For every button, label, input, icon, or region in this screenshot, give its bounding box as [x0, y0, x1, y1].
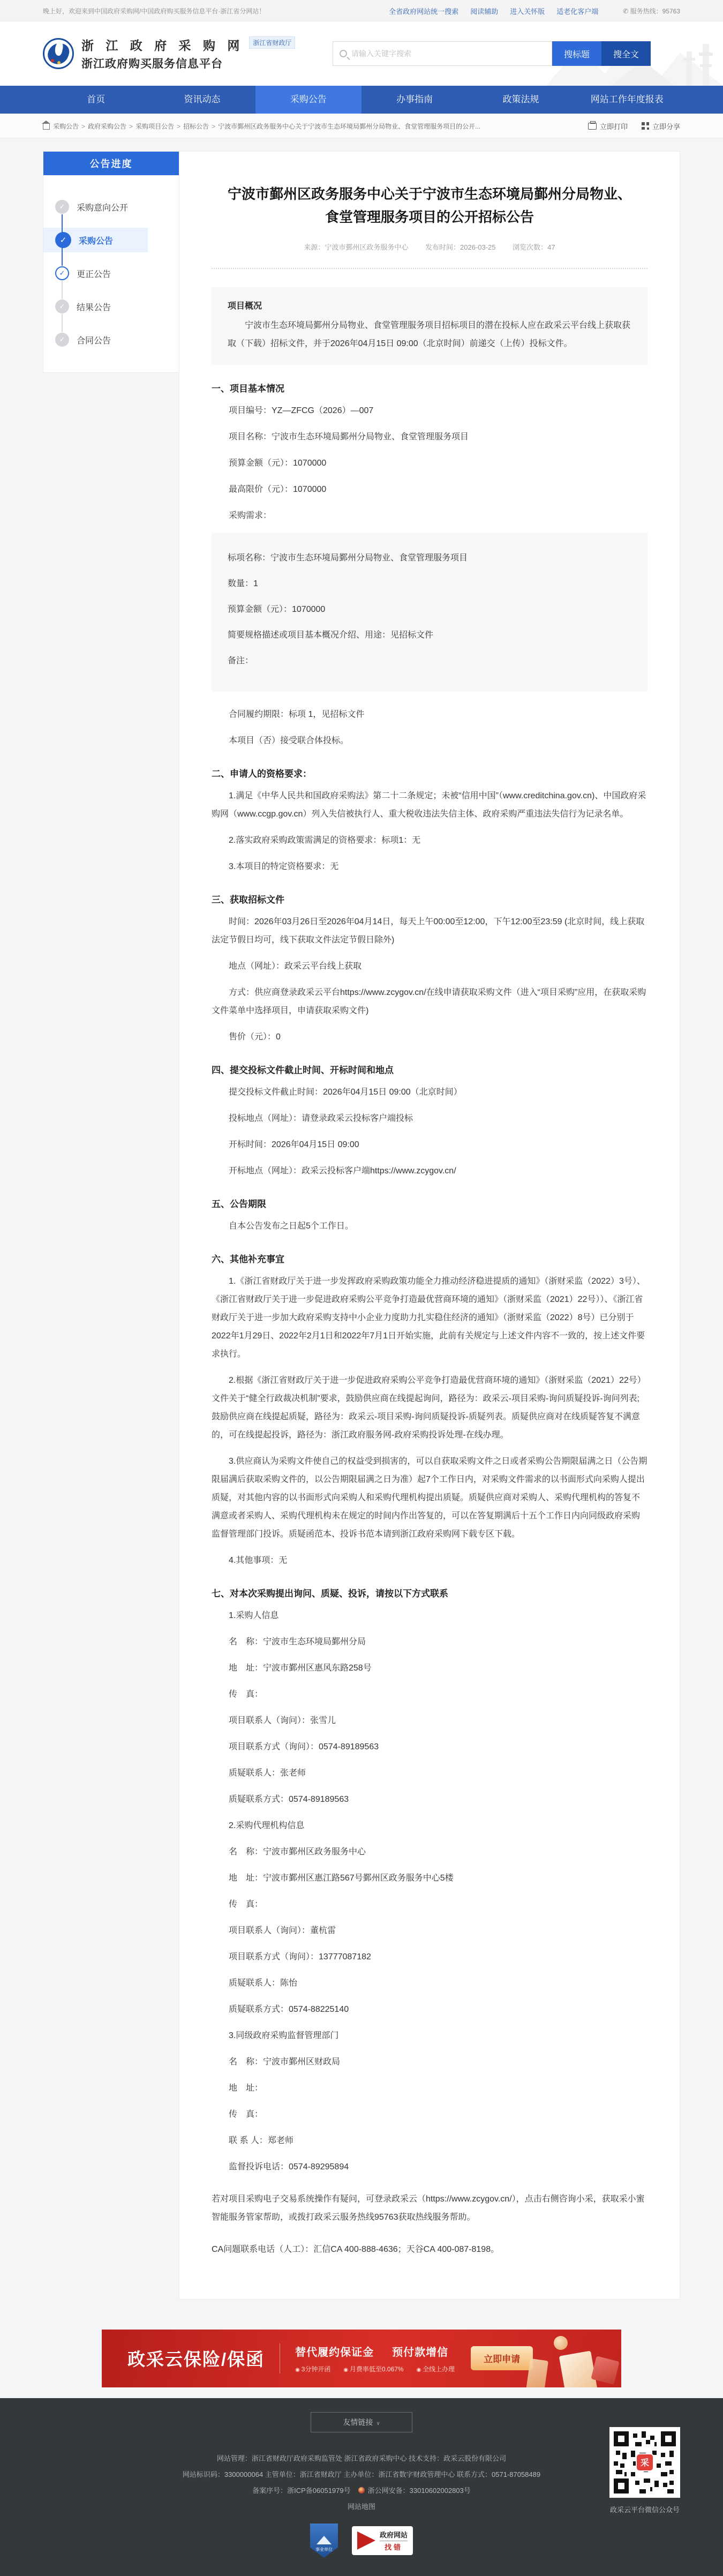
project-overview-box: 项目概况 宁波市生态环境局鄞州分局物业、食堂管理服务项目招标项目的潜在投标人应在…: [212, 287, 647, 365]
section-heading: 三、获取招标文件: [212, 892, 647, 905]
topbar-link-2[interactable]: 进入关怀版: [510, 6, 545, 16]
article-paragraph: 地 址：: [212, 2079, 647, 2098]
site-header: 浙 江 政 府 采 购 网 浙江政府购买服务信息平台 浙江省财政厅 搜标题 搜全…: [0, 21, 723, 86]
breadcrumb-link[interactable]: 采购项目公告: [135, 123, 174, 130]
meta-publish-time: 发布时间：2026-03-25: [425, 243, 496, 251]
step-connector: [62, 214, 63, 233]
step-label: 合同公告: [77, 334, 111, 346]
progress-panel-title: 公告进度: [43, 152, 179, 175]
breadcrumb-link[interactable]: 政府采购公告: [88, 123, 126, 130]
article-paragraph: 1.采购人信息: [212, 1607, 647, 1625]
section-heading: 五、公告期限: [212, 1196, 647, 1210]
sidebar-step-3[interactable]: ✓结果公告: [43, 290, 179, 323]
breadcrumb-current: 宁波市鄞州区政务服务中心关于宁波市生态环境局鄞州分局物业、食堂管理服务项目的公开…: [218, 122, 480, 131]
sidebar-step-1[interactable]: ✓采购公告: [43, 223, 179, 257]
step-connector: [62, 248, 63, 266]
lot-detail-line: 备注：: [228, 652, 631, 670]
qr-caption: 政采云平台微信公众号: [609, 2504, 680, 2514]
article-paragraph: 3.供应商认为采购文件使自己的权益受到损害的，可以自获取采购文件之日或者采购公告…: [212, 1452, 647, 1544]
share-button[interactable]: 立即分享: [642, 121, 680, 131]
article-paragraph: 地 址：宁波市鄞州区惠江路567号鄞州区政务服务中心5楼: [212, 1869, 647, 1888]
search-box[interactable]: [333, 41, 552, 66]
search-title-button[interactable]: 搜标题: [552, 41, 601, 66]
police-badge-icon: [358, 2487, 365, 2493]
breadcrumb-separator: >: [129, 123, 133, 130]
ad-subtitle-1: 替代履约保证金: [295, 2347, 374, 2358]
breadcrumb-link[interactable]: 招标公告: [183, 123, 209, 130]
breadcrumb-separator: >: [212, 123, 215, 130]
check-circle-icon: ✓: [55, 299, 69, 313]
article-paragraph: 自本公告发布之日起5个工作日。: [212, 1217, 647, 1235]
insurance-ad-banner[interactable]: 政采云保险/保函 替代履约保证金预付款增信 3分钟开函月费率低至0.067%全线…: [102, 2330, 621, 2387]
finance-dept-badge: 浙江省财政厅: [249, 36, 295, 49]
sitemap-link[interactable]: 网站地图: [348, 2503, 375, 2511]
phone-icon: ✆: [623, 8, 630, 15]
article-paragraph: 质疑联系人：张老师: [212, 1764, 647, 1783]
site-footer: 友情链接∨ 网站管理：浙江省财政厅政府采购监管处 浙江省政府采购中心 技术支持：…: [0, 2398, 723, 2576]
article-paragraph: 3.本项目的特定资格要求：无: [212, 858, 647, 876]
section-heading: 四、提交投标文件截止时间、开标时间和地点: [212, 1062, 647, 1076]
article-paragraph: 质疑联系方式：0574-88225140: [212, 2001, 647, 2019]
step-label: 采购公告: [79, 234, 113, 246]
sidebar-step-2[interactable]: ✓更正公告: [43, 257, 179, 290]
step-connector: [62, 281, 63, 299]
article-paragraph: 传 真：: [212, 2106, 647, 2124]
site-title: 浙 江 政 府 采 购 网: [81, 36, 244, 54]
ad-decoration: [498, 2330, 621, 2387]
article-paragraph: 监督投诉电话：0574-89295894: [212, 2158, 647, 2176]
ad-feature-0: 3分钟开函: [295, 2364, 330, 2373]
qr-share-icon: [642, 122, 649, 130]
top-utility-bar: 晚上好，欢迎来到中国政府采购网/中国政府购买服务信息平台·浙江省分网站！ 全省政…: [0, 0, 723, 21]
article-paragraph: 开标地点（网址）：政采云投标客户端https://www.zcygov.cn/: [212, 1162, 647, 1180]
article-paragraph: 最高限价（元）：1070000: [212, 481, 647, 499]
breadcrumb-link[interactable]: 采购公告: [53, 123, 79, 130]
greeting-text: 晚上好，欢迎来到中国政府采购网/中国政府购买服务信息平台·浙江省分网站！: [43, 6, 265, 16]
overview-text: 宁波市生态环境局鄞州分局物业、食堂管理服务项目招标项目的潜在投标人应在政采云平台…: [228, 317, 631, 353]
ad-title: 政采云保险/保函: [127, 2346, 265, 2371]
home-icon[interactable]: [43, 124, 50, 130]
friendly-links-dropdown[interactable]: 友情链接∨: [311, 2412, 412, 2432]
article-paragraph: 1.《浙江省财政厅关于进一步发挥政府采购政策功能全力推动经济稳进提质的通知》（浙…: [212, 1272, 647, 1364]
lot-detail-line: 简要规格描述或项目基本概况介绍、用途：见招标文件: [228, 626, 631, 645]
section-heading: 六、其他补充事宜: [212, 1252, 647, 1265]
ad-feature-2: 全线上办理: [417, 2364, 455, 2373]
section-heading: 七、对本次采购提出询问、质疑、投诉，请按以下方式联系: [212, 1586, 647, 1599]
lot-detail-box: 标项名称：宁波市生态环境局鄞州分局物业、食堂管理服务项目数量：1预算金额（元）：…: [212, 533, 647, 692]
nav-item-3[interactable]: 办事指南: [361, 86, 468, 114]
meta-view-count: 浏览次数：47: [513, 243, 555, 251]
article-paragraph: 质疑联系人：陈怡: [212, 1974, 647, 1993]
article-paragraph: 预算金额（元）：1070000: [212, 454, 647, 473]
article-paragraph: 合同履约期限：标项 1，见招标文件: [212, 706, 647, 724]
divider: [280, 2343, 280, 2373]
article-paragraph: 项目联系人（询问）：张雪儿: [212, 1712, 647, 1730]
police-number: 浙公网安备：33010602002803号: [368, 2487, 471, 2495]
main-nav: 首页资讯动态采购公告办事指南政策法规网站工作年度报表: [0, 86, 723, 114]
article-paragraph: 质疑联系方式：0574-89189563: [212, 1791, 647, 1809]
nav-item-0[interactable]: 首页: [43, 86, 149, 114]
announcement-article: 宁波市鄞州区政务服务中心关于宁波市生态环境局鄞州分局物业、食堂管理服务项目的公开…: [179, 151, 680, 2300]
print-button[interactable]: 立即打印: [588, 121, 628, 131]
article-paragraph: 传 真：: [212, 1686, 647, 1704]
article-paragraph: 地点（网址）：政采云平台线上获取: [212, 957, 647, 976]
topbar-link-0[interactable]: 全省政府网站统一搜索: [389, 6, 458, 16]
announcement-progress-panel: 公告进度 ✓采购意向公开✓采购公告✓更正公告✓结果公告✓合同公告: [43, 151, 179, 373]
article-paragraph: 1.满足《中华人民共和国政府采购法》第二十二条规定；未被“信用中国”（www.c…: [212, 787, 647, 823]
article-paragraph: 若对项目采购电子交易系统操作有疑问，可登录政采云（https://www.zcy…: [212, 2190, 647, 2227]
article-paragraph: 开标时间：2026年04月15日 09:00: [212, 1136, 647, 1154]
lot-detail-line: 数量：1: [228, 575, 631, 593]
article-paragraph: 项目名称：宁波市生态环境局鄞州分局物业、食堂管理服务项目: [212, 428, 647, 446]
article-paragraph: 时间：2026年03月26日至2026年04月14日，每天上午00:00至12:…: [212, 913, 647, 949]
article-paragraph: 项目联系方式（询问）：0574-89189563: [212, 1738, 647, 1756]
step-label: 更正公告: [77, 267, 111, 280]
article-paragraph: 4.其他事项：无: [212, 1552, 647, 1570]
check-circle-icon: ✓: [55, 232, 71, 248]
article-paragraph: 采购需求：: [212, 507, 647, 525]
search-icon: [340, 50, 347, 57]
sidebar-step-0[interactable]: ✓采购意向公开: [43, 190, 179, 223]
article-paragraph: 投标地点（网址）：请登录政采云投标客户端投标: [212, 1110, 647, 1128]
article-paragraph: 项目联系人（询问）：董杭雷: [212, 1922, 647, 1940]
article-paragraph: 3.同级政府采购监督管理部门: [212, 2027, 647, 2045]
step-connector: [62, 314, 63, 332]
breadcrumb-bar: 采购公告>政府采购公告>采购项目公告>招标公告> 宁波市鄞州区政务服务中心关于宁…: [0, 114, 723, 138]
article-paragraph: 方式：供应商登录政采云平台https://www.zcygov.cn/在线申请获…: [212, 984, 647, 1020]
check-circle-icon: ✓: [55, 200, 69, 214]
check-circle-icon: ✓: [55, 333, 69, 347]
ad-subtitle-2: 预付款增信: [392, 2347, 448, 2358]
article-paragraph: 联 系 人：郑老师: [212, 2132, 647, 2150]
overview-heading: 项目概况: [228, 299, 631, 311]
nav-item-5[interactable]: 网站工作年度报表: [574, 86, 680, 114]
article-paragraph: 2.落实政府采购政策需满足的资格要求：标项1：无: [212, 832, 647, 850]
step-label: 采购意向公开: [77, 201, 128, 213]
printer-icon: [588, 123, 597, 130]
article-paragraph: 2.根据《浙江省财政厅关于进一步促进政府采购公平竞争打造最优营商环境的通知》（浙…: [212, 1372, 647, 1444]
check-circle-icon: ✓: [55, 266, 69, 280]
article-paragraph: 名 称：宁波市鄞州区政务服务中心: [212, 1843, 647, 1861]
topbar-link-3[interactable]: 适老化客户端: [556, 6, 598, 16]
search-input[interactable]: [351, 49, 545, 58]
sidebar-step-4[interactable]: ✓合同公告: [43, 323, 179, 356]
nav-item-2[interactable]: 采购公告: [255, 86, 361, 114]
magnifier-logo-icon: [357, 2532, 375, 2550]
meta-source: 来源：宁波市鄞州区政务服务中心: [304, 243, 408, 251]
divider: [212, 268, 647, 269]
article-meta: 来源：宁波市鄞州区政务服务中心 发布时间：2026-03-25 浏览次数：47: [212, 242, 647, 252]
lot-detail-line: 预算金额（元）：1070000: [228, 601, 631, 619]
article-paragraph: 名 称：宁波市鄞州区财政局: [212, 2053, 647, 2071]
breadcrumb: 采购公告>政府采购公告>采购项目公告>招标公告>: [53, 122, 218, 131]
step-label: 结果公告: [77, 301, 111, 313]
wechat-qr-code: 采: [609, 2427, 680, 2498]
nav-item-4[interactable]: 政策法规: [468, 86, 574, 114]
article-paragraph: 传 真：: [212, 1896, 647, 1914]
article-paragraph: 项目联系方式（询问）：13777087182: [212, 1948, 647, 1966]
section-heading: 一、项目基本情况: [212, 381, 647, 394]
ad-feature-1: 月费率低至0.067%: [343, 2364, 403, 2373]
chevron-down-icon: ∨: [376, 2421, 380, 2427]
section-heading: 二、申请人的资格要求：: [212, 766, 647, 780]
mountain-emblem-icon: [317, 2536, 332, 2544]
breadcrumb-separator: >: [81, 123, 85, 130]
article-paragraph: 名 称：宁波市生态环境局鄞州分局: [212, 1633, 647, 1651]
lot-detail-line: 标项名称：宁波市生态环境局鄞州分局物业、食堂管理服务项目: [228, 549, 631, 567]
topbar-link-1[interactable]: 阅读辅助: [470, 6, 498, 16]
site-logo[interactable]: [43, 38, 74, 69]
article-paragraph: 2.采购代理机构信息: [212, 1817, 647, 1835]
zcy-logo-icon: 采: [636, 2453, 654, 2472]
gov-site-error-report-badge[interactable]: 政府网站 找错: [352, 2526, 413, 2555]
institution-badge[interactable]: 事业单位: [310, 2523, 338, 2558]
article-paragraph: 售价（元）：0: [212, 1028, 647, 1046]
article-paragraph: 项目编号：YZ—ZFCG（2026）—007: [212, 402, 647, 420]
icp-number: 备案序号：浙ICP备06051979号: [252, 2487, 351, 2495]
article-paragraph: CA问题联系电话（人工）：汇信CA 400-888-4636；天谷CA 400-…: [212, 2241, 647, 2259]
article-paragraph: 本项目（否）接受联合体投标。: [212, 732, 647, 750]
breadcrumb-separator: >: [177, 123, 180, 130]
search-fulltext-button[interactable]: 搜全文: [601, 41, 651, 66]
article-paragraph: 地 址：宁波市鄞州区惠风东路258号: [212, 1659, 647, 1678]
site-subtitle: 浙江政府购买服务信息平台: [81, 55, 244, 71]
service-hotline: ✆ 服务热线：95763: [623, 6, 680, 16]
article-paragraph: 提交投标文件截止时间：2026年04月15日 09:00（北京时间）: [212, 1083, 647, 1102]
page-title: 宁波市鄞州区政务服务中心关于宁波市生态环境局鄞州分局物业、食堂管理服务项目的公开…: [228, 183, 631, 229]
nav-item-1[interactable]: 资讯动态: [149, 86, 255, 114]
